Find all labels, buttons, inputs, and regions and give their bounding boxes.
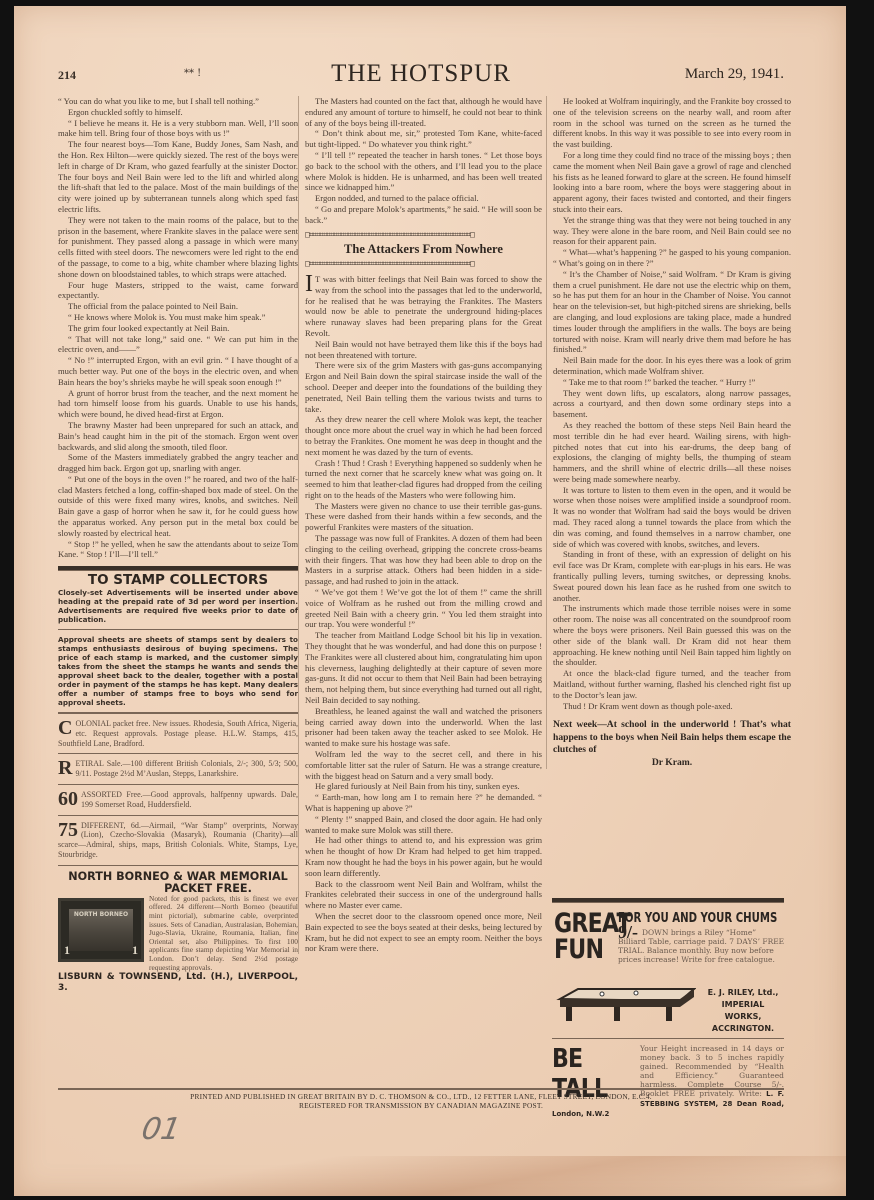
story-paragraph: “ Take me to that room !” barked the tea… — [553, 377, 791, 388]
story-paragraph: The Masters had counted on the fact that… — [305, 96, 542, 128]
story-paragraph: Breathless, he leaned against the wall a… — [305, 706, 542, 749]
story-paragraph: The instruments which made those terribl… — [553, 603, 791, 668]
story-paragraph: “ It’s the Chamber of Noise,” said Wolfr… — [553, 269, 791, 355]
story-paragraph: He had other things to attend to, and hi… — [305, 835, 542, 878]
story-paragraph: Ergon chuckled softly to himself. — [58, 107, 298, 118]
borneo-advertiser: LISBURN & TOWNSEND, Ltd. (H.), LIVERPOOL… — [58, 972, 298, 994]
section-divider — [58, 566, 298, 571]
story-paragraph: The passage was now full of Frankites. A… — [305, 533, 542, 587]
story-paragraph: Neil Bain would not have betrayed them l… — [305, 339, 542, 361]
story-paragraph: IT was with bitter feelings that Neil Ba… — [305, 274, 542, 339]
story-paragraph: The four nearest boys—Tom Kane, Buddy Jo… — [58, 139, 298, 215]
story-paragraph: When the secret door to the classroom op… — [305, 911, 542, 954]
ad-tagline: FOR YOU AND YOUR CHUMS — [618, 911, 749, 926]
story-paragraph: Ergon nodded, and turned to the palace o… — [305, 193, 542, 204]
story-paragraph: There were six of the grim Masters with … — [305, 360, 542, 414]
story-paragraph: “ I’ll tell !” repeated the teacher in h… — [305, 150, 542, 193]
classified-ad-75-different: 75DIFFERENT, 6d.—Airmail, “War Stamp” ov… — [58, 821, 298, 860]
approval-sheets-info: Approval sheets are sheets of stamps sen… — [58, 635, 298, 707]
divider — [58, 753, 298, 754]
story-paragraph: Some of the Masters immediately grabbed … — [58, 452, 298, 474]
chapter-subheading: The Attackers From Nowhere — [305, 244, 542, 255]
story-paragraph: Crash ! Thud ! Crash ! Everything happen… — [305, 458, 542, 501]
story-paragraph: “ Go and prepare Molok’s apartments,” he… — [305, 204, 542, 226]
story-paragraph: The official from the palace pointed to … — [58, 301, 298, 312]
borneo-ad-title: NORTH BORNEO & WAR MEMORIAL PACKET FREE. — [58, 871, 298, 895]
column-3: He looked at Wolfram inquiringly, and th… — [546, 96, 791, 769]
next-week-teaser: Next week—At school in the underworld ! … — [553, 719, 791, 769]
story-paragraph: “ We’ve got them ! We’ve got the lot of … — [305, 587, 542, 630]
story-paragraph: At once the black-clad figure turned, an… — [553, 668, 791, 700]
story-paragraph: “ You can do what you like to me, but I … — [58, 96, 298, 107]
billiard-table-icon — [556, 987, 696, 1023]
story-paragraph: Back to the classroom went Neil Bain and… — [305, 879, 542, 911]
story-paragraph: A grunt of horror brust from the teacher… — [58, 388, 298, 420]
story-paragraph: Four huge Masters, stripped to the waist… — [58, 280, 298, 302]
story-paragraph: The brawny Master had been unprepared fo… — [58, 420, 298, 452]
story-paragraph: “ I believe he means it. He is a very st… — [58, 118, 298, 140]
story-paragraph: “ Don’t think about me, sir,” protested … — [305, 128, 542, 150]
story-paragraph: “ Plenty !” snapped Bain, and closed the… — [305, 814, 542, 836]
publication-title: THE HOTSPUR — [58, 60, 784, 88]
story-paragraph: Neil Bain made for the door. In his eyes… — [553, 355, 791, 377]
story-paragraph: “ He knows where Molok is. You must make… — [58, 312, 298, 323]
story-paragraph: As they reached the bottom of these step… — [553, 420, 791, 485]
story-paragraph: Thud ! Dr Kram went down as though pole-… — [553, 701, 791, 712]
ad-price: 9/- — [618, 928, 638, 937]
stamp-collectors-heading: TO STAMP COLLECTORS — [58, 575, 298, 586]
story-paragraph: “ That will not take long,” said one. “ … — [58, 334, 298, 356]
classified-ad-colonial: COLONIAL packet free. New issues. Rhodes… — [58, 719, 298, 748]
classified-ad-retiral: RETIRAL Sale.—100 different British Colo… — [58, 759, 298, 779]
drop-cap: I — [305, 274, 313, 294]
story-paragraph: Standing in front of these, with an expr… — [553, 549, 791, 603]
masthead: 214 ** ! THE HOTSPUR March 29, 1941. — [58, 60, 784, 94]
story-paragraph: He glared furiously at Neil Bain from hi… — [305, 781, 542, 792]
divider — [58, 815, 298, 816]
great-fun-ad: GREAT FUN FOR YOU AND YOUR CHUMS 9/-DOWN… — [552, 905, 784, 1033]
column-2: The Masters had counted on the fact that… — [298, 96, 542, 954]
story-paragraph: The grim four looked expectantly at Neil… — [58, 323, 298, 334]
printer-imprint: PRINTED AND PUBLISHED IN GREAT BRITAIN B… — [58, 1088, 784, 1110]
issue-date: March 29, 1941. — [685, 66, 784, 83]
classified-ad-60-assorted: 60ASSORTED Free.—Good approvals, halfpen… — [58, 790, 298, 810]
stamp-ad-rates: Closely-set Advertisements will be inser… — [58, 588, 298, 624]
divider — [552, 1038, 784, 1039]
story-paragraph: “ Earth-man, how long am I to remain her… — [305, 792, 542, 814]
story-paragraph: “ No !” interrupted Ergon, with an evil … — [58, 355, 298, 387]
ornamental-border: □⌗⌗⌗⌗⌗⌗⌗⌗⌗⌗⌗⌗⌗⌗⌗⌗⌗⌗⌗⌗⌗⌗⌗⌗⌗⌗⌗⌗⌗⌗⌗⌗⌗⌗⌗⌗⌗⌗⌗… — [305, 259, 542, 270]
north-borneo-stamp-image: NORTH BORNEO 1 1 — [58, 898, 144, 962]
story-paragraph: For a long time they could find no trace… — [553, 150, 791, 215]
story-paragraph: “ Put one of the boys in the oven !” he … — [58, 474, 298, 539]
divider — [58, 865, 298, 866]
ornamental-border: □⌗⌗⌗⌗⌗⌗⌗⌗⌗⌗⌗⌗⌗⌗⌗⌗⌗⌗⌗⌗⌗⌗⌗⌗⌗⌗⌗⌗⌗⌗⌗⌗⌗⌗⌗⌗⌗⌗⌗… — [305, 230, 542, 241]
divider — [58, 784, 298, 785]
column-1: “ You can do what you like to me, but I … — [58, 96, 298, 994]
divider — [58, 629, 298, 630]
section-divider — [552, 898, 784, 903]
divider — [58, 712, 298, 714]
story-paragraph: As they drew nearer the cell where Molok… — [305, 414, 542, 457]
handwritten-mark: 01 — [139, 1112, 183, 1147]
advert-box: GREAT FUN FOR YOU AND YOUR CHUMS 9/-DOWN… — [552, 892, 784, 1119]
story-paragraph: “ What—what’s happening ?” he gasped to … — [553, 247, 791, 269]
story-paragraph: Wolfram led the way to the secret cell, … — [305, 749, 542, 781]
story-paragraph: The teacher from Maitland Lodge School b… — [305, 630, 542, 706]
story-paragraph: Yet the strange thing was that they were… — [553, 215, 791, 247]
riley-advertiser: E. J. RILEY, Ltd., IMPERIAL WORKS, ACCRI… — [702, 987, 784, 1035]
story-paragraph: It was torture to listen to them even in… — [553, 485, 791, 550]
story-paragraph: They went down lifts, up escalators, alo… — [553, 388, 791, 420]
story-paragraph: The Masters were given no chance to use … — [305, 501, 542, 533]
story-paragraph: They were not taken to the main rooms of… — [58, 215, 298, 280]
story-paragraph: “ Stop !” he yelled, when he saw the att… — [58, 539, 298, 561]
paper-fold-stain — [14, 1156, 846, 1196]
story-paragraph: He looked at Wolfram inquiringly, and th… — [553, 96, 791, 150]
